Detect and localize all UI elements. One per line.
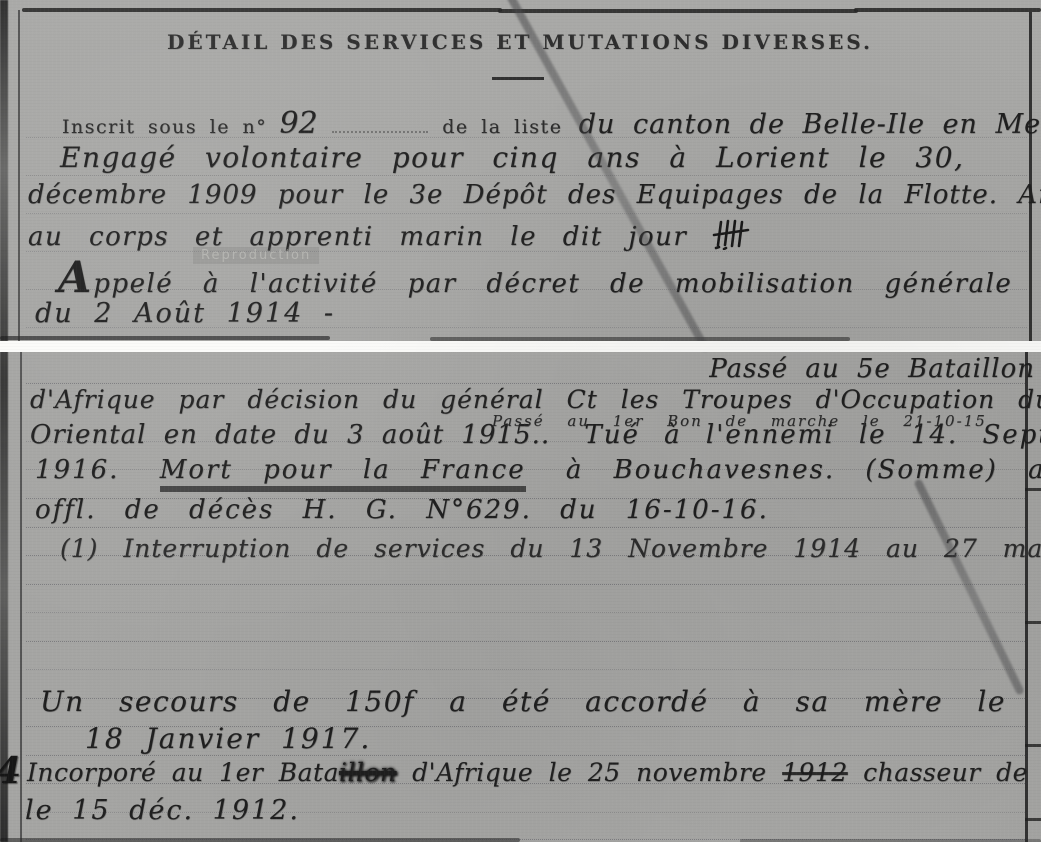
entry-line-incorpore: Incorporé au 1er Bataillon d'Afrique le …	[27, 758, 1041, 787]
page-left-edge	[0, 0, 8, 842]
left-border-line	[18, 10, 20, 341]
registration-printed-mid: de la liste	[442, 116, 562, 138]
right-border-tick	[1025, 488, 1041, 491]
entry-incorpore-blotted: illon	[339, 758, 397, 787]
entry-line-interruption-services: (1) Interruption de services du 13 Novem…	[60, 534, 1041, 563]
right-border-line	[1029, 12, 1032, 341]
ruled-line	[26, 612, 1027, 613]
ruled-line	[26, 289, 1027, 290]
ruled-line	[26, 641, 1027, 642]
scanned-military-record: DÉTAIL DES SERVICES ET MUTATIONS DIVERSE…	[0, 0, 1041, 842]
right-border-tick	[1025, 744, 1041, 747]
entry-line-engagement: Engagé volontaire pour cinq ans à Lorien…	[60, 141, 964, 174]
entry-line-aout-1914: du 2 Août 1914 -	[35, 298, 335, 329]
top-record-section: DÉTAIL DES SERVICES ET MUTATIONS DIVERSE…	[0, 0, 1041, 341]
ruled-line	[26, 755, 1027, 756]
registration-number: 92	[280, 106, 318, 141]
interline-note-1er-bataillon-marche: Passé au 1er Bon de marche le 21-10-15	[492, 412, 987, 430]
dotted-leader	[332, 117, 428, 133]
entry-line-secours: Un secours de 150f a été accordé à sa mè…	[40, 685, 1006, 718]
ruled-line	[26, 327, 1027, 328]
right-border-tick	[1025, 818, 1041, 821]
margin-mark: 4	[0, 750, 21, 792]
entry-oriental-text: Oriental en date du 3 août 1915..	[30, 420, 550, 450]
archive-watermark: Reproduction	[193, 247, 319, 264]
entry-incorpore-mid: d'Afrique le 25 novembre	[397, 758, 782, 787]
entry-line-secours-date: 18 Janvier 1917.	[85, 722, 371, 755]
entry-mort-prefix: 1916.	[35, 455, 119, 485]
entry-mort-underlined: Mort pour la France	[160, 455, 526, 492]
bottom-record-section: Passé au 5e Bataillon d'Afrique par déci…	[0, 352, 1041, 842]
top-border-rule	[22, 8, 502, 12]
entry-line-depot: décembre 1909 pour le 3e Dépôt des Equip…	[28, 180, 1041, 210]
registration-line: Inscrit sous le n° 92 de la liste du can…	[62, 106, 1041, 141]
ruled-line	[26, 839, 1027, 840]
ruled-line	[26, 584, 1027, 585]
title-underline-rule	[492, 77, 544, 80]
entry-mort-suffix: à Bouchavesnes. (Somme) avis	[566, 455, 1041, 485]
entry-incorpore-struck-date: 1912	[782, 758, 848, 787]
ruled-line	[26, 527, 1027, 528]
entry-line-mort-pour-la-france: 1916. Mort pour la France à Bouchavesnes…	[35, 455, 1041, 485]
ruled-line	[26, 175, 1027, 176]
registration-printed-prefix: Inscrit sous le n°	[62, 116, 267, 138]
entry-line-avis-deces: offl. de décès H. G. N°629. du 16-10-16.	[35, 495, 769, 525]
entry-line-afrique-maroc: d'Afrique par décision du général Ct les…	[30, 385, 1041, 414]
pen-stroke	[913, 478, 1025, 695]
entry-line-passe-5e-bataillon: Passé au 5e Bataillon	[709, 354, 1035, 384]
registration-handwritten: du canton de Belle-Ile en Mer	[579, 109, 1041, 140]
section-separator	[0, 341, 1041, 352]
section-bottom-rule	[0, 336, 330, 340]
entry-incorpore-suffix: chasseur de 2e classe	[848, 758, 1041, 787]
ruled-line	[26, 251, 1027, 252]
ruled-line	[26, 213, 1027, 214]
entry-incorpore-prefix: Incorporé au 1er Bata	[27, 758, 339, 787]
ruled-line	[26, 137, 1027, 138]
right-border-tick	[1025, 621, 1041, 624]
top-border-rule	[854, 8, 1041, 12]
top-border-rule	[498, 9, 858, 13]
entry-line-dec-1912: le 15 déc. 1912.	[25, 795, 300, 826]
section-title: DÉTAIL DES SERVICES ET MUTATIONS DIVERSE…	[120, 30, 920, 54]
entry-line-apprenti-text: au corps et apprenti marin le dit jour	[28, 222, 687, 252]
ruled-line	[26, 669, 1027, 670]
